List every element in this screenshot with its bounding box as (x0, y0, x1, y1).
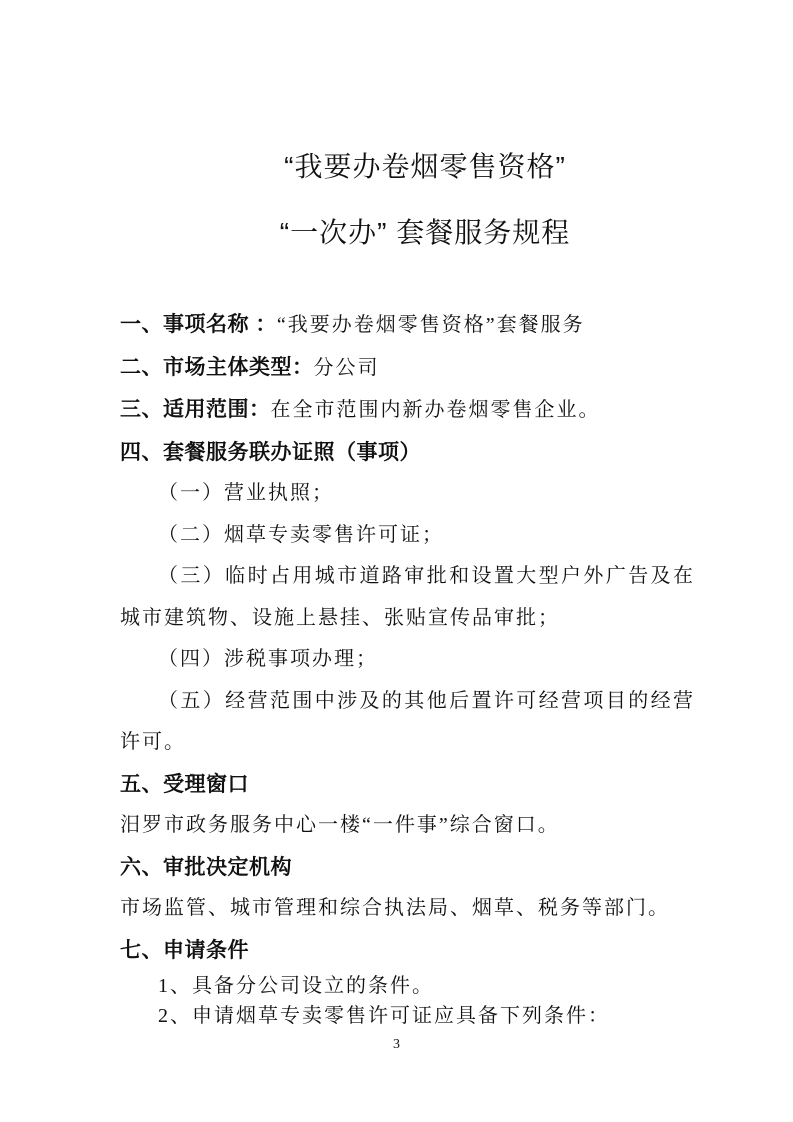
section-6-heading: 六、审批决定机构 (120, 847, 695, 889)
section-7-item-2: 2、申请烟草专卖零售许可证应具备下列条件： (120, 1001, 695, 1031)
section-2-line: 二、市场主体类型：分公司 (120, 347, 695, 390)
page-footer: 3 (0, 1035, 793, 1055)
section-2-heading: 二、市场主体类型： (120, 356, 314, 379)
page-number: 3 (393, 1035, 400, 1055)
section-3-line: 三、适用范围：在全市范围内新办卷烟零售企业。 (120, 389, 695, 432)
document-body: 一、事项名称 ：“我要办卷烟零售资格”套餐服务 二、市场主体类型：分公司 三、适… (120, 304, 695, 1055)
section-5-heading: 五、受理窗口 (120, 764, 695, 806)
section-1-heading: 一、事项名称 ： (120, 313, 277, 336)
section-4-item-5-line-2: 许可。 (120, 722, 695, 764)
section-4-item-3-line-2: 城市建筑物、设施上悬挂、张贴宣传品审批； (120, 598, 695, 640)
section-4-item-1: （一）营业执照； (120, 473, 695, 515)
section-3-heading: 三、适用范围： (120, 398, 271, 421)
document-page: “我要办卷烟零售资格” “一次办” 套餐服务规程 一、事项名称 ：“我要办卷烟零… (0, 0, 793, 1122)
section-2-value: 分公司 (314, 357, 380, 379)
section-6-body: 市场监管、城市管理和综合执法局、烟草、税务等部门。 (120, 888, 695, 930)
section-3-value: 在全市范围内新办卷烟零售企业。 (271, 399, 601, 421)
section-5-body: 汨罗市政务服务中心一楼“一件事”综合窗口。 (120, 805, 695, 847)
section-4-item-2: （二）烟草专卖零售许可证； (120, 515, 695, 557)
section-4-item-3-line-1: （三）临时占用城市道路审批和设置大型户外广告及在 (120, 556, 695, 598)
section-4-item-4: （四）涉税事项办理； (120, 639, 695, 681)
title-line-1: “我要办卷烟零售资格” (155, 134, 695, 200)
section-7-heading: 七、申请条件 (120, 930, 695, 972)
section-7-item-1: 1、具备分公司设立的条件。 (120, 971, 695, 1001)
document-title: “我要办卷烟零售资格” “一次办” 套餐服务规程 (120, 0, 695, 266)
section-1-line: 一、事项名称 ：“我要办卷烟零售资格”套餐服务 (120, 304, 695, 347)
section-4-heading: 四、套餐服务联办证照（事项） (120, 432, 695, 474)
section-1-value: “我要办卷烟零售资格”套餐服务 (277, 314, 585, 336)
title-line-2: “一次办” 套餐服务规程 (155, 200, 695, 266)
section-4-item-5-line-1: （五）经营范围中涉及的其他后置许可经营项目的经营 (120, 681, 695, 723)
